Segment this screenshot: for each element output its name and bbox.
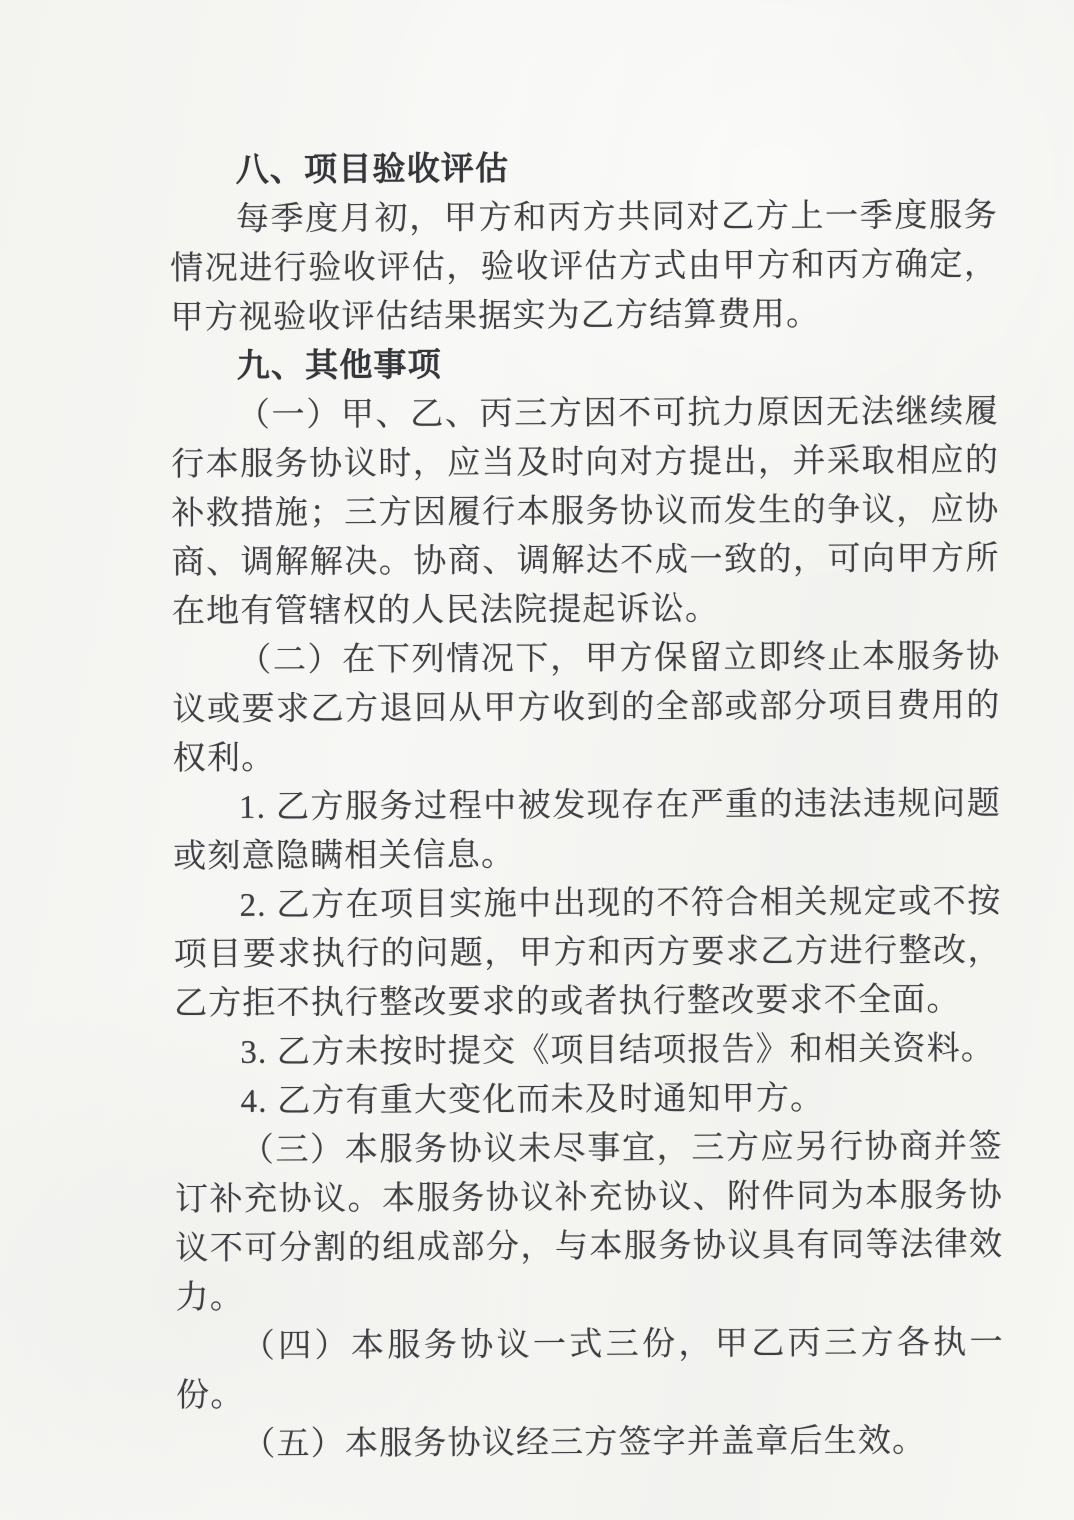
section-9-heading: 九、其他事项 — [171, 339, 999, 392]
section-9-clause-1: （一）甲、乙、丙三方因不可抗力原因无法继续履行本服务协议时，应当及时向对方提出，… — [171, 388, 1000, 637]
section-9-clause-2-item-3: 3. 乙方未按时提交《项目结项报告》和相关资料。 — [174, 1025, 1002, 1078]
section-9-clause-2: （二）在下列情况下，甲方保留立即终止本服务协议或要求乙方退回从甲方收到的全部或部… — [172, 633, 1001, 784]
section-9-clause-5: （五）本服务协议经三方签字并盖章后生效。 — [176, 1417, 1004, 1470]
section-8-paragraph: 每季度月初，甲方和丙方共同对乙方上一季度服务情况进行验收评估，验收评估方式由甲方… — [170, 192, 999, 343]
section-9-clause-3: （三）本服务协议未尽事宜，三方应另行协商并签订补充协议。本服务协议补充协议、附件… — [175, 1123, 1004, 1323]
section-9-clause-2-item-1: 1. 乙方服务过程中被发现存在严重的违法违规问题或刻意隐瞒相关信息。 — [173, 780, 1002, 882]
section-9-clause-2-item-4: 4. 乙方有重大变化而未及时通知甲方。 — [174, 1074, 1002, 1127]
document-page: 八、项目验收评估 每季度月初，甲方和丙方共同对乙方上一季度服务情况进行验收评估，… — [0, 0, 1074, 1520]
document-content: 八、项目验收评估 每季度月初，甲方和丙方共同对乙方上一季度服务情况进行验收评估，… — [170, 143, 1005, 1470]
section-9-clause-4: （四）本服务协议一式三份，甲乙丙三方各执一份。 — [176, 1319, 1005, 1421]
section-9-clause-2-item-2: 2. 乙方在项目实施中出现的不符合相关规定或不按项目要求执行的问题，甲方和丙方要… — [173, 878, 1002, 1029]
section-8-heading: 八、项目验收评估 — [170, 143, 998, 196]
